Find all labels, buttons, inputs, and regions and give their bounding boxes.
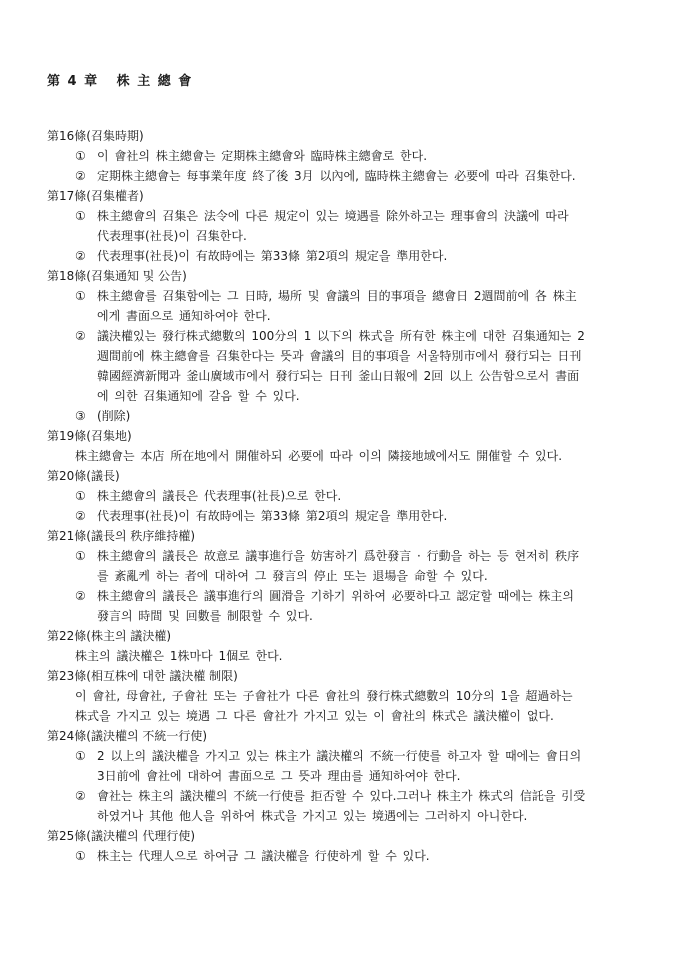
article-23: 第23條(相互株에 대한 議決權 制限) 이 會社, 母會社, 子會社 또는 子…: [47, 666, 638, 726]
item-number-marker: ②: [75, 786, 97, 826]
item-number-marker: ①: [75, 486, 97, 506]
item-number-marker: ①: [75, 206, 97, 246]
item-text: 2 以上의 議決權을 가지고 있는 株主가 議決權의 不統一行使를 하고자 할 …: [97, 746, 638, 786]
item-text: 代表理事(社長)이 有故時에는 第33條 第2項의 規定을 準用한다.: [97, 506, 638, 526]
article-22: 第22條(株主의 議決權) 株主의 議決權은 1株마다 1個로 한다.: [47, 626, 638, 666]
item-text: 株主總會의 議長은 議事進行의 圓滑을 기하기 위하여 必要하다고 認定할 때에…: [97, 586, 638, 626]
item-text: 株主總會의 召集은 法令에 다른 規定이 있는 境遇를 除外하고는 理事會의 決…: [97, 206, 638, 246]
article-item: ① 株主는 代理人으로 하여금 그 議決權을 行使하게 할 수 있다.: [75, 846, 638, 866]
item-number-marker: ①: [75, 286, 97, 326]
article-title: 第17條(召集權者): [47, 186, 638, 206]
article-title: 第16條(召集時期): [47, 126, 638, 146]
article-19: 第19條(召集地) 株主總會는 本店 所在地에서 開催하되 必要에 따라 이의 …: [47, 426, 638, 466]
article-item: ① 株主總會의 議長은 代表理事(社長)으로 한다.: [75, 486, 638, 506]
item-text: 이 會社의 株主總會는 定期株主總會와 臨時株主總會로 한다.: [97, 146, 638, 166]
article-title: 第21條(議長의 秩序維持權): [47, 526, 638, 546]
item-text: 會社는 株主의 議決權의 不統一行使를 拒否할 수 있다.그러나 株主가 株式의…: [97, 786, 638, 826]
article-21: 第21條(議長의 秩序維持權) ① 株主總會의 議長은 故意로 議事進行을 妨害…: [47, 526, 638, 626]
item-number-marker: ③: [75, 406, 97, 426]
item-number-marker: ①: [75, 546, 97, 586]
article-18: 第18條(召集通知 및 公告) ① 株主總會를 召集함에는 그 日時, 場所 및…: [47, 266, 638, 426]
document-page: 第 4 章 株 主 總 會 第16條(召集時期) ① 이 會社의 株主總會는 定…: [0, 0, 680, 962]
article-body: 이 會社, 母會社, 子會社 또는 子會社가 다른 會社의 發行株式總數의 10…: [75, 686, 638, 726]
article-title: 第18條(召集通知 및 公告): [47, 266, 638, 286]
article-body: 株主總會는 本店 所在地에서 開催하되 必要에 따라 이의 隣接地域에서도 開催…: [75, 446, 638, 466]
article-20: 第20條(議長) ① 株主總會의 議長은 代表理事(社長)으로 한다. ② 代表…: [47, 466, 638, 526]
article-24: 第24條(議決權의 不統一行使) ① 2 以上의 議決權을 가지고 있는 株主가…: [47, 726, 638, 826]
chapter-title: 第 4 章 株 主 總 會: [47, 72, 638, 92]
item-number-marker: ①: [75, 846, 97, 866]
item-text: 株主總會를 召集함에는 그 日時, 場所 및 會議의 目的事項을 總會日 2週間…: [97, 286, 638, 326]
item-text: 株主總會의 議長은 故意로 議事進行을 妨害하기 爲한發言 · 行動을 하는 등…: [97, 546, 638, 586]
article-item: ① 株主總會의 議長은 故意로 議事進行을 妨害하기 爲한發言 · 行動을 하는…: [75, 546, 638, 586]
article-item: ② 定期株主總會는 每事業年度 終了後 3月 以內에, 臨時株主總會는 必要에 …: [75, 166, 638, 186]
article-title: 第23條(相互株에 대한 議決權 制限): [47, 666, 638, 686]
item-number-marker: ②: [75, 166, 97, 186]
article-item: ② 議決權있는 發行株式總數의 100分의 1 以下의 株式을 所有한 株主에 …: [75, 326, 638, 406]
article-item: ① 株主總會를 召集함에는 그 日時, 場所 및 會議의 目的事項을 總會日 2…: [75, 286, 638, 326]
article-title: 第20條(議長): [47, 466, 638, 486]
item-text: 代表理事(社長)이 有故時에는 第33條 第2項의 規定을 準用한다.: [97, 246, 638, 266]
article-item: ② 代表理事(社長)이 有故時에는 第33條 第2項의 規定을 準用한다.: [75, 246, 638, 266]
article-item: ① 이 會社의 株主總會는 定期株主總會와 臨時株主總會로 한다.: [75, 146, 638, 166]
article-17: 第17條(召集權者) ① 株主總會의 召集은 法令에 다른 規定이 있는 境遇를…: [47, 186, 638, 266]
article-title: 第22條(株主의 議決權): [47, 626, 638, 646]
article-title: 第19條(召集地): [47, 426, 638, 446]
item-text: (削除): [97, 406, 638, 426]
item-text: 株主는 代理人으로 하여금 그 議決權을 行使하게 할 수 있다.: [97, 846, 638, 866]
article-16: 第16條(召集時期) ① 이 會社의 株主總會는 定期株主總會와 臨時株主總會로…: [47, 126, 638, 186]
article-item: ② 會社는 株主의 議決權의 不統一行使를 拒否할 수 있다.그러나 株主가 株…: [75, 786, 638, 826]
item-number-marker: ②: [75, 326, 97, 406]
item-number-marker: ①: [75, 146, 97, 166]
item-number-marker: ②: [75, 586, 97, 626]
article-item: ③ (削除): [75, 406, 638, 426]
item-number-marker: ②: [75, 506, 97, 526]
article-25: 第25條(議決權의 代理行使) ① 株主는 代理人으로 하여금 그 議決權을 行…: [47, 826, 638, 866]
item-text: 定期株主總會는 每事業年度 終了後 3月 以內에, 臨時株主總會는 必要에 따라…: [97, 166, 638, 186]
item-text: 議決權있는 發行株式總數의 100分의 1 以下의 株式을 所有한 株主에 대한…: [97, 326, 638, 406]
article-item: ① 2 以上의 議決權을 가지고 있는 株主가 議決權의 不統一行使를 하고자 …: [75, 746, 638, 786]
article-title: 第25條(議決權의 代理行使): [47, 826, 638, 846]
article-item: ① 株主總會의 召集은 法令에 다른 規定이 있는 境遇를 除外하고는 理事會의…: [75, 206, 638, 246]
item-number-marker: ②: [75, 246, 97, 266]
article-body: 株主의 議決權은 1株마다 1個로 한다.: [75, 646, 638, 666]
item-number-marker: ①: [75, 746, 97, 786]
item-text: 株主總會의 議長은 代表理事(社長)으로 한다.: [97, 486, 638, 506]
article-item: ② 代表理事(社長)이 有故時에는 第33條 第2項의 規定을 準用한다.: [75, 506, 638, 526]
article-title: 第24條(議決權의 不統一行使): [47, 726, 638, 746]
article-item: ② 株主總會의 議長은 議事進行의 圓滑을 기하기 위하여 必要하다고 認定할 …: [75, 586, 638, 626]
